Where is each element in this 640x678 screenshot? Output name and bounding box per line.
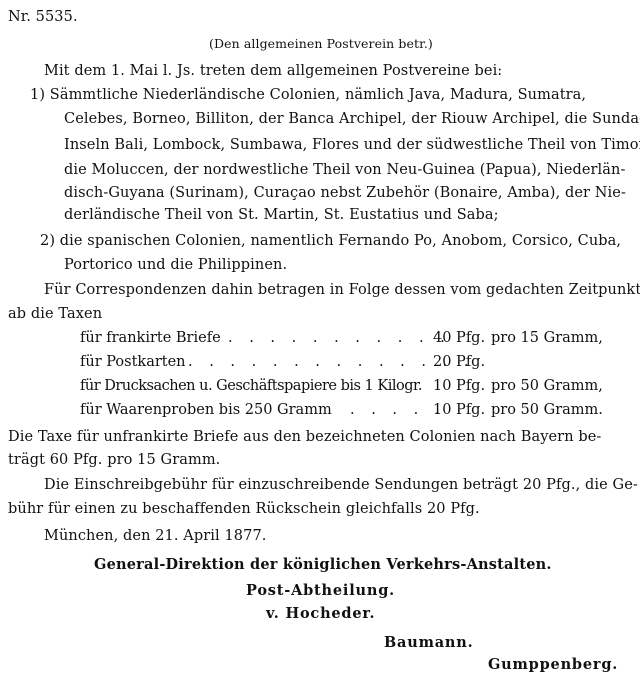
item-2-line: Portorico und die Philippinen. <box>64 256 287 274</box>
item-1-line: Inseln Bali, Lombock, Sumbawa, Flores un… <box>64 136 640 154</box>
tariff-leader-dots: . . . . . . . . . . . . . . <box>188 353 474 371</box>
unfranked-line: trägt 60 Pfg. pro 15 Gramm. <box>8 451 220 469</box>
item-1-line: derländische Theil von St. Martin, St. E… <box>64 206 499 224</box>
signer-gumppenberg: Gumppenberg. <box>488 656 618 673</box>
unfranked-line: Die Taxe für unfrankirte Briefe aus den … <box>8 428 601 446</box>
tariff-label: für Waarenproben bis 250 Gramm <box>80 401 332 419</box>
tariff-rate: pro 15 Gramm, <box>491 329 603 347</box>
department: Post-Abtheilung. <box>246 582 395 599</box>
document-number: Nr. 5535. <box>8 8 78 26</box>
tariff-leader-dots: . . . . . . . . . . . <box>228 329 451 347</box>
tariff-rate: pro 50 Gramm. <box>491 401 603 419</box>
item-1-line: die Moluccen, der nordwestliche Theil vo… <box>64 161 625 179</box>
tariff-label: für frankirte Briefe <box>80 329 221 347</box>
registered-line: Die Einschreibgebühr für einzuschreibend… <box>44 476 638 494</box>
signer-baumann: Baumann. <box>384 634 473 651</box>
registered-line: bühr für einen zu beschaffenden Rücksche… <box>8 500 480 518</box>
tariff-amount: 20 Pfg. <box>433 353 485 371</box>
tariff-amount: 10 Pfg. <box>433 377 485 395</box>
tariff-intro-line: Für Correspondenzen dahin betragen in Fo… <box>44 281 640 299</box>
item-1-line: 1) Sämmtliche Niederländische Colonien, … <box>30 86 628 104</box>
signer-hocheder: v. Hocheder. <box>266 605 375 622</box>
item-1-line: disch-Guyana (Surinam), Curaçao nebst Zu… <box>64 184 626 202</box>
item-2-line: 2) die spanischen Colonien, namentlich F… <box>40 232 621 250</box>
tariff-leader-dots: . . . . . <box>350 401 445 419</box>
item-1-line: Celebes, Borneo, Billiton, der Banca Arc… <box>64 110 640 128</box>
document-subject: (Den allgemeinen Postverein betr.) <box>209 35 433 53</box>
tariff-label: für Drucksachen u. Geschäftspapiere bis … <box>80 377 422 395</box>
tariff-amount: 10 Pfg. <box>433 401 485 419</box>
place-date: München, den 21. April 1877. <box>44 527 266 545</box>
tariff-amount: 40 Pfg. <box>433 329 485 347</box>
intro-sentence: Mit dem 1. Mai l. Js. treten dem allgeme… <box>44 62 502 80</box>
tariff-label: für Postkarten <box>80 353 186 371</box>
issuing-authority: General-Direktion der königlichen Verkeh… <box>94 556 552 573</box>
tariff-rate: pro 50 Gramm, <box>491 377 603 395</box>
tariff-intro-line: ab die Taxen <box>8 305 102 323</box>
